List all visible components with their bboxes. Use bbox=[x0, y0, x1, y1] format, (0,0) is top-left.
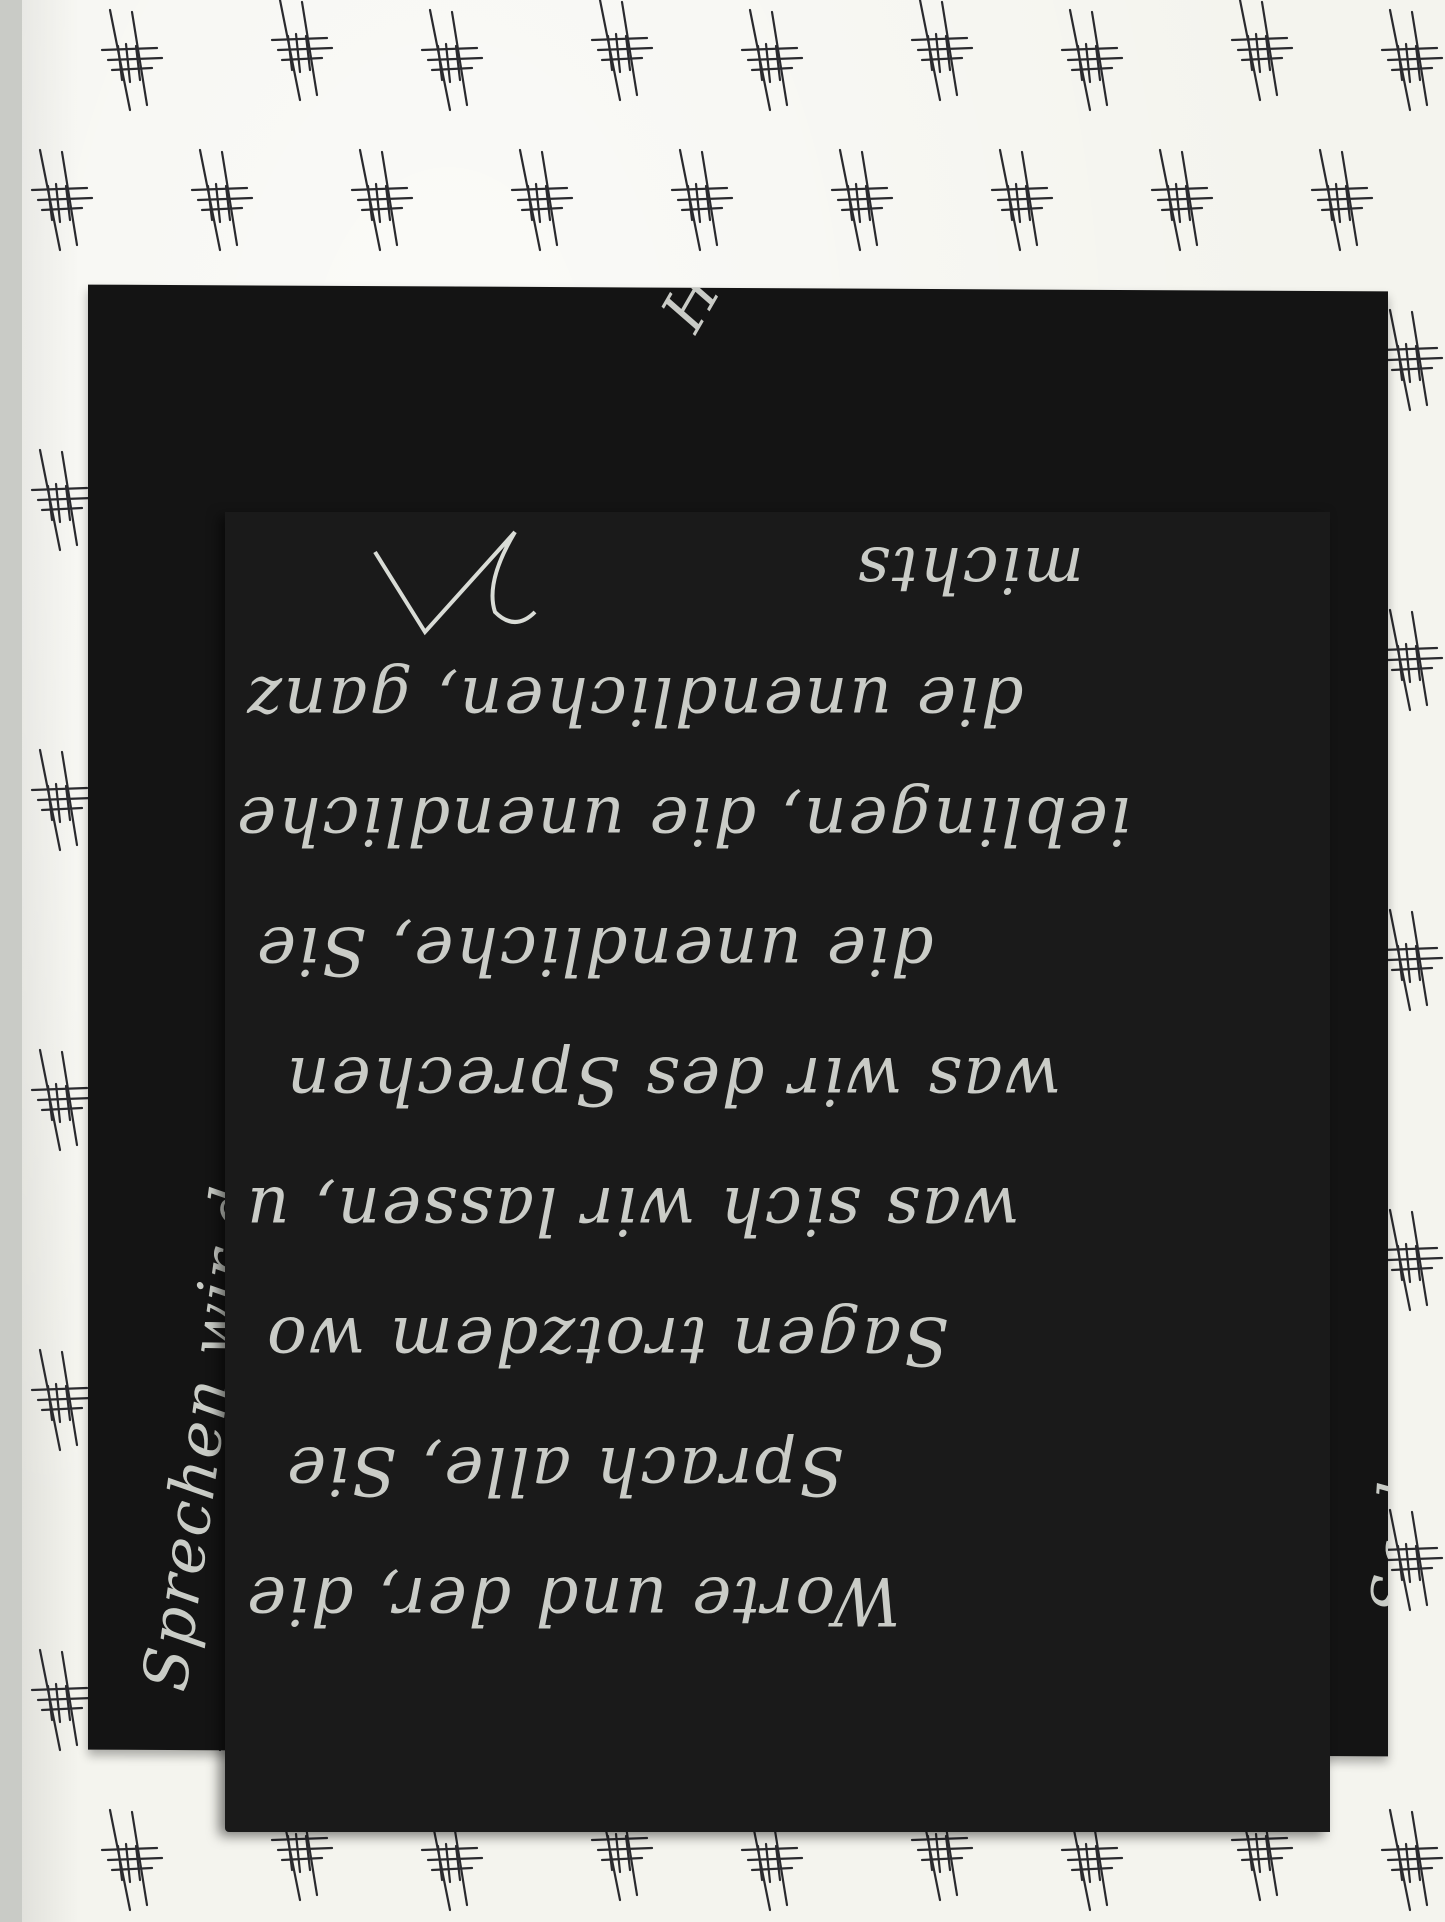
script-line: michts bbox=[855, 532, 1084, 606]
script-line: was sich wir lassen, u bbox=[245, 1172, 1019, 1249]
script-line: die unendliche, Sie bbox=[255, 912, 933, 989]
outer-script-top: Haus ganz sein bbox=[648, 285, 955, 343]
black-script-fabric-front: michts die unendlichen, ganz ieblingen, … bbox=[225, 512, 1330, 1832]
script-line: Sagen trotzdem wo bbox=[265, 1302, 949, 1379]
script-line: was wir des Sprechen bbox=[285, 1042, 1061, 1119]
script-line: Sprach alle, Sie bbox=[285, 1432, 844, 1509]
script-line: ieblingen, die unendliche bbox=[235, 782, 1131, 859]
decorative-flourish bbox=[365, 522, 665, 642]
outer-script-right: Sache wir nicht andere bbox=[1358, 885, 1388, 1616]
script-line: Worte und der, die bbox=[245, 1562, 900, 1639]
script-line: die unendlichen, ganz bbox=[245, 662, 1023, 739]
